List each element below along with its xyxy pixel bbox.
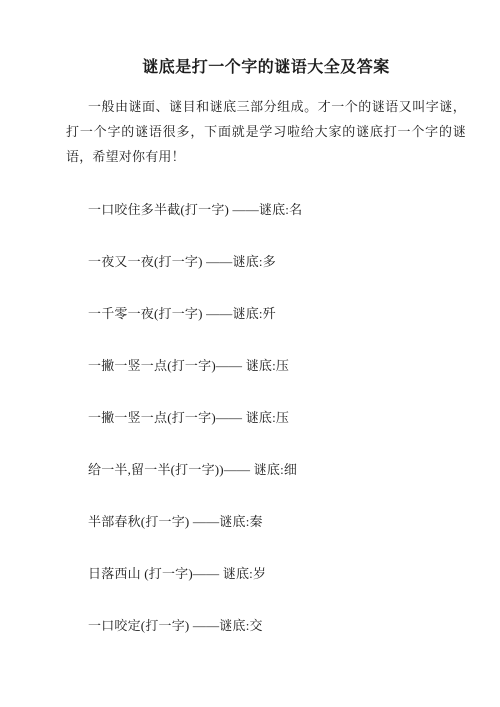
intro-paragraph: 一般由谜面、谜目和谜底三部分组成。才一个的谜语又叫字谜，打一个字的谜语很多，下面…: [66, 94, 466, 169]
riddle-list: 一口咬住多半截(打一字) ——谜底:名 一夜又一夜(打一字) ——谜底:多 一千…: [66, 202, 466, 634]
document-title: 谜底是打一个字的谜语大全及答案: [66, 58, 466, 78]
riddle-line: 一口咬定(打一字) ——谜底:交: [66, 618, 466, 634]
riddle-line: 给一半,留一半(打一字))—— 谜底:细: [66, 462, 466, 478]
riddle-line: 日落西山 (打一字)—— 谜底:岁: [66, 566, 466, 582]
riddle-line: 一撇一竖一点(打一字)—— 谜底:压: [66, 358, 466, 374]
riddle-line: 半部春秋(打一字) ——谜底:秦: [66, 514, 466, 530]
riddle-line: 一千零一夜(打一字) ——谜底:歼: [66, 306, 466, 322]
riddle-line: 一口咬住多半截(打一字) ——谜底:名: [66, 202, 466, 218]
riddle-line: 一撇一竖一点(打一字)—— 谜底:压: [66, 410, 466, 426]
document-page: 谜底是打一个字的谜语大全及答案 一般由谜面、谜目和谜底三部分组成。才一个的谜语又…: [0, 0, 500, 707]
riddle-line: 一夜又一夜(打一字) ——谜底:多: [66, 254, 466, 270]
